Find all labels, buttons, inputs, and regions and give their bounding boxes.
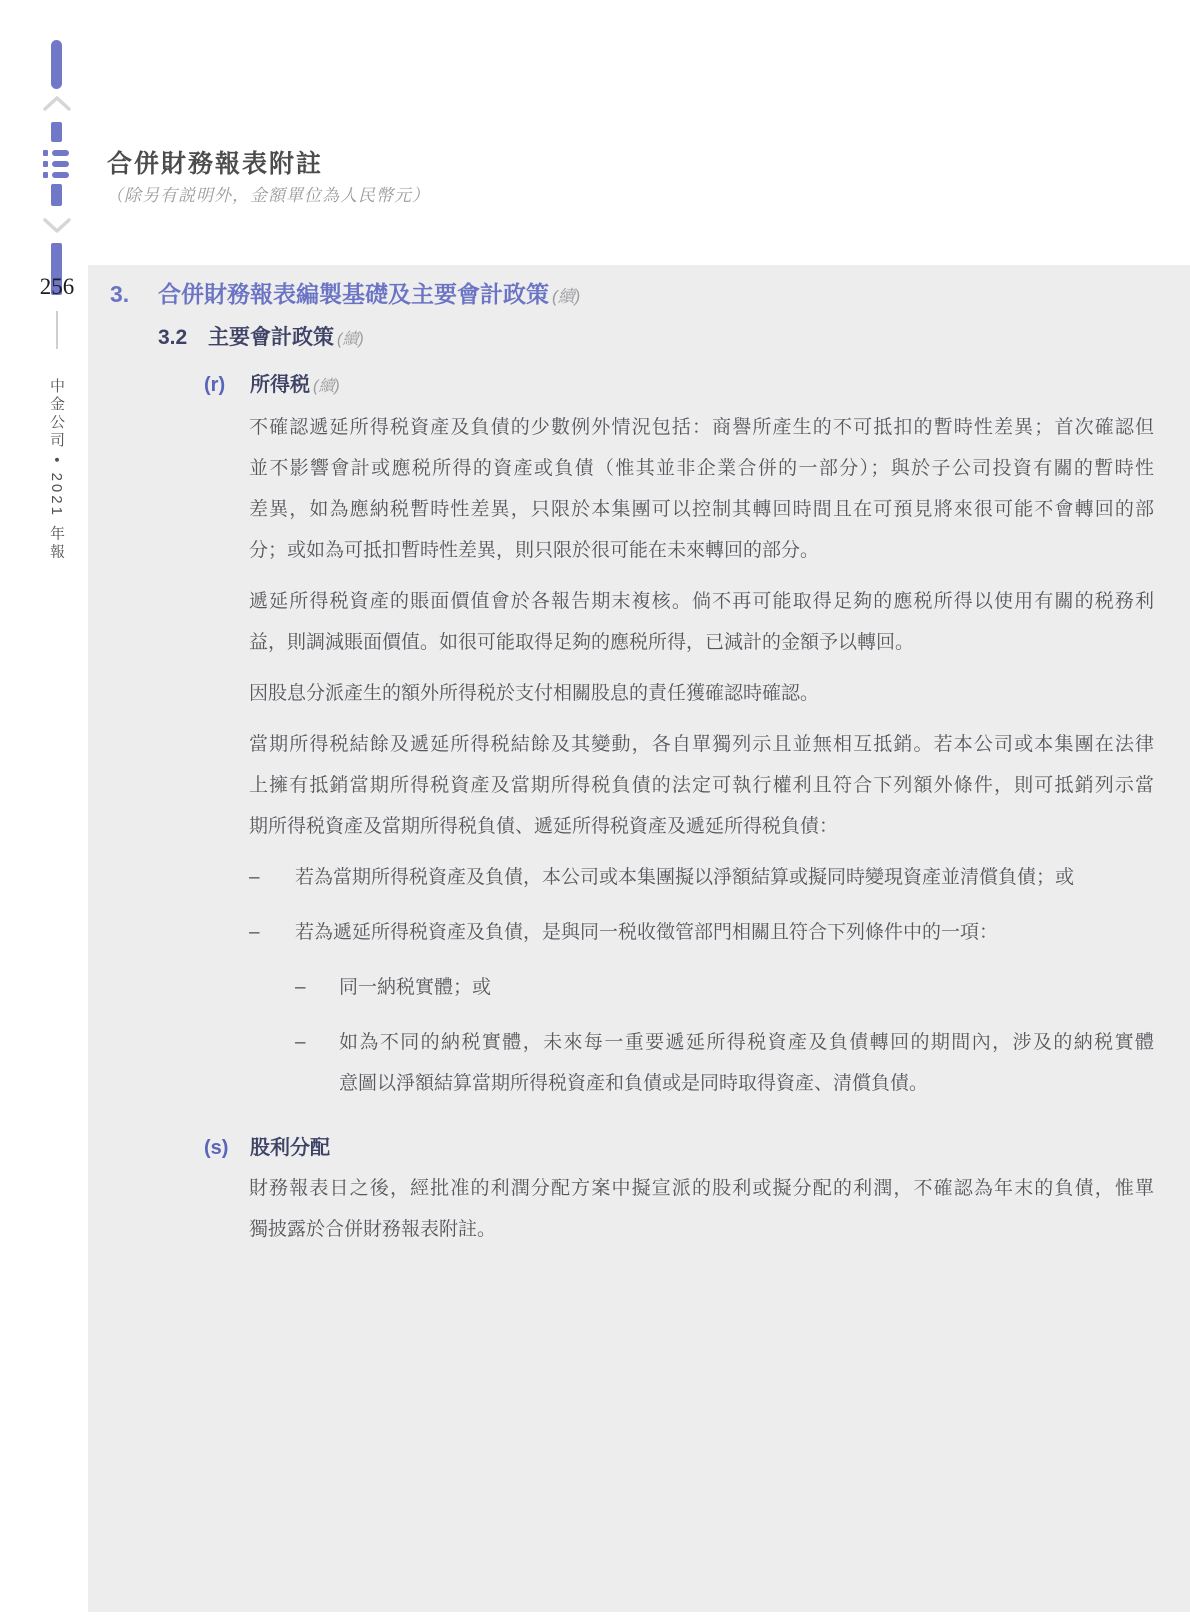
subsection-heading: 3.2 主要會計政策 (續): [158, 323, 1190, 355]
item-s-title: 股利分配: [250, 1134, 330, 1162]
section-continued-tag: (續): [552, 281, 580, 313]
item-s-label: (s): [204, 1134, 250, 1162]
chevron-up-icon[interactable]: [43, 95, 71, 112]
paragraph: 財務報表日之後，經批准的利潤分配方案中擬宣派的股利或擬分配的利潤，不確認為年末的…: [249, 1168, 1154, 1250]
item-s-heading: (s) 股利分配: [204, 1134, 1190, 1162]
paragraph-line: 獨披露於合併財務報表附註。: [249, 1209, 1154, 1250]
bullet-marker: –: [249, 912, 295, 953]
rail-accent-bar-top: [51, 40, 62, 89]
paragraph: 遞延所得税資產的賬面價值會於各報告期末複核。倘不再可能取得足夠的應税所得以使用有…: [249, 581, 1154, 663]
paragraph-line: 不確認遞延所得税資產及負債的少數例外情況包括：商譽所產生的不可抵扣的暫時性差異；…: [249, 407, 1154, 448]
list-icon[interactable]: [43, 150, 71, 178]
paragraph-line: 益，則調減賬面價值。如很可能取得足夠的應税所得，已減計的金額予以轉回。: [249, 622, 1154, 663]
item-r-title: 所得税: [250, 371, 310, 399]
item-r-heading: (r) 所得税 (續): [204, 371, 1190, 401]
rail-accent-bar-upper: [51, 122, 62, 142]
page-number: 256: [34, 274, 80, 300]
list-icon-row: [43, 172, 71, 178]
bullet-line: 同一納税實體；或: [339, 967, 1154, 1008]
rail-accent-bar-lower: [51, 184, 62, 206]
item-r-continued-tag: (續): [313, 373, 340, 401]
paragraph: 不確認遞延所得税資產及負債的少數例外情況包括：商譽所產生的不可抵扣的暫時性差異；…: [249, 407, 1154, 571]
bullet-marker: –: [295, 967, 339, 1008]
bullet-line: 意圖以淨額結算當期所得税資產和負債或是同時取得資產、清償負債。: [339, 1063, 1154, 1104]
content-panel: 3. 合併財務報表編製基礎及主要會計政策 (續) 3.2 主要會計政策 (續) …: [88, 265, 1190, 1612]
sub-bullet-item: – 如為不同的納税實體，未來每一重要遞延所得税資產及負債轉回的期間內，涉及的納税…: [295, 1022, 1154, 1104]
document-subtitle: （除另有説明外，金額單位為人民幣元）: [106, 181, 430, 206]
section-title: 合併財務報表編製基礎及主要會計政策: [158, 278, 549, 310]
paragraph-line: 當期所得税結餘及遞延所得税結餘及其變動，各自單獨列示且並無相互抵銷。若本公司或本…: [249, 724, 1154, 765]
item-s-body: 財務報表日之後，經批准的利潤分配方案中擬宣派的股利或擬分配的利潤，不確認為年末的…: [249, 1168, 1154, 1250]
paragraph: 因股息分派產生的額外所得税於支付相關股息的責任獲確認時確認。: [249, 673, 1154, 714]
list-icon-row: [43, 150, 71, 156]
bullet-item: – 若為當期所得税資產及負債，本公司或本集團擬以淨額結算或擬同時變現資產並清償負…: [249, 857, 1154, 898]
subsection-title: 主要會計政策: [208, 323, 334, 353]
sub-bullet-item: – 同一納税實體；或: [295, 967, 1154, 1008]
paragraph-line: 因股息分派產生的額外所得税於支付相關股息的責任獲確認時確認。: [249, 673, 1154, 714]
item-r-body: 不確認遞延所得税資產及負債的少數例外情況包括：商譽所產生的不可抵扣的暫時性差異；…: [249, 407, 1154, 1104]
bullet-line: 若為遞延所得税資產及負債，是與同一税收徵管部門相關且符合下列條件中的一項：: [295, 912, 1154, 953]
paragraph-line: 期所得税資產及當期所得税負債、遞延所得税資產及遞延所得税負債：: [249, 806, 1154, 847]
paragraph-line: 遞延所得税資產的賬面價值會於各報告期末複核。倘不再可能取得足夠的應税所得以使用有…: [249, 581, 1154, 622]
list-icon-row: [43, 161, 71, 167]
report-side-label: 中金公司 • 2021 年報: [46, 378, 67, 638]
bullet-line: 如為不同的納税實體，未來每一重要遞延所得税資產及負債轉回的期間內，涉及的納税實體: [339, 1022, 1154, 1063]
item-r-label: (r): [204, 371, 250, 399]
paragraph-line: 上擁有抵銷當期所得税資產及當期所得税負債的法定可執行權利且符合下列額外條件，則可…: [249, 765, 1154, 806]
section-heading: 3. 合併財務報表編製基礎及主要會計政策 (續): [110, 278, 1190, 313]
document-title: 合併財務報表附註: [107, 144, 323, 180]
paragraph-line: 財務報表日之後，經批准的利潤分配方案中擬宣派的股利或擬分配的利潤，不確認為年末的…: [249, 1168, 1154, 1209]
paragraph-line: 分；或如為可抵扣暫時性差異，則只限於很可能在未來轉回的部分。: [249, 530, 1154, 571]
page-number-rule: [56, 311, 58, 349]
bullet-marker: –: [249, 857, 295, 898]
bullet-line: 若為當期所得税資產及負債，本公司或本集團擬以淨額結算或擬同時變現資產並清償負債；…: [295, 857, 1154, 898]
bullet-item: – 若為遞延所得税資產及負債，是與同一税收徵管部門相關且符合下列條件中的一項：: [249, 912, 1154, 953]
subsection-number: 3.2: [158, 323, 208, 353]
bullet-marker: –: [295, 1022, 339, 1104]
paragraph-line: 差異，如為應納税暫時性差異，只限於本集團可以控制其轉回時間且在可預見將來很可能不…: [249, 489, 1154, 530]
subsection-continued-tag: (續): [337, 325, 364, 355]
chevron-down-icon[interactable]: [43, 217, 71, 234]
paragraph-line: 並不影響會計或應税所得的資產或負債（惟其並非企業合併的一部分）；與於子公司投資有…: [249, 448, 1154, 489]
paragraph: 當期所得税結餘及遞延所得税結餘及其變動，各自單獨列示且並無相互抵銷。若本公司或本…: [249, 724, 1154, 847]
section-number: 3.: [110, 278, 158, 310]
